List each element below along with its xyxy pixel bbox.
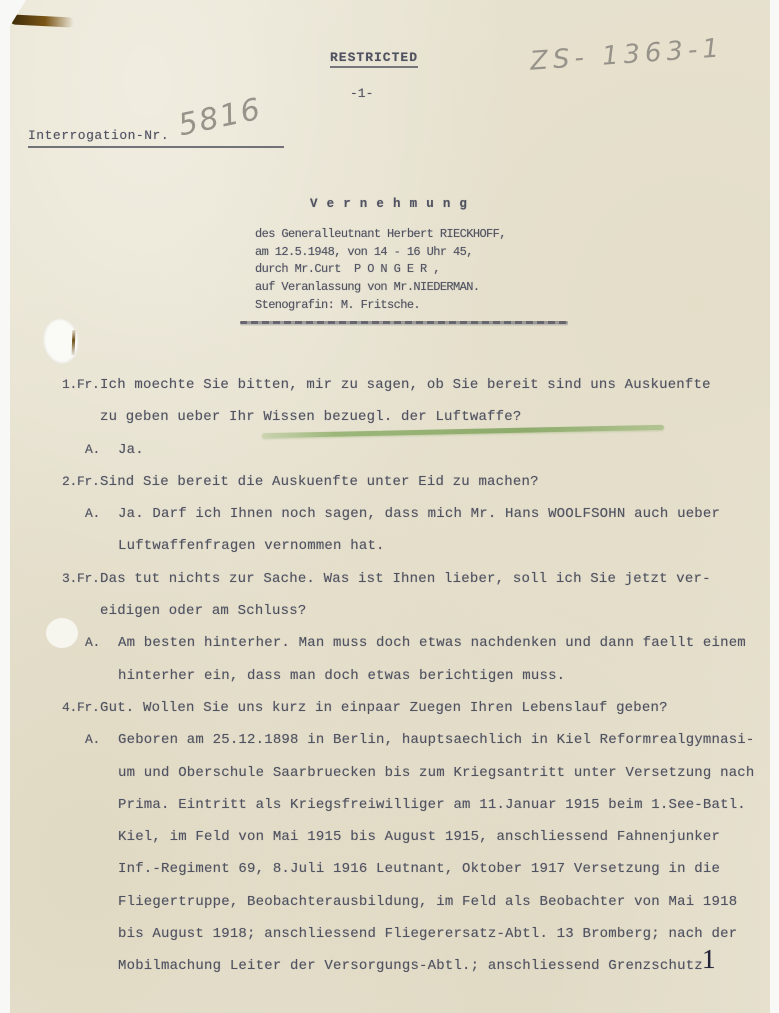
scanned-page: RESTRICTED -1- ZS- 1363-1 Interrogation-… — [0, 0, 779, 1013]
qa-label: A. — [85, 506, 118, 521]
qa-lines: 1.Fr.Ich moechte Sie bitten, mir zu sage… — [10, 377, 770, 991]
qa-line-continuation: eidigen oder am Schluss? — [10, 603, 770, 635]
interrogation-number-label: Interrogation-Nr. — [28, 128, 284, 148]
qa-label: A. — [85, 635, 118, 650]
qa-line-continuation: Kiel, im Feld von Mai 1915 bis August 19… — [10, 829, 770, 861]
session-line: durch Mr.Curt P O N G E R , — [255, 261, 506, 279]
qa-line-continuation: Fliegertruppe, Beobachterausbildung, im … — [10, 894, 770, 926]
qa-text: hinterher ein, dass man doch etwas beric… — [118, 668, 565, 684]
qa-label: A. — [85, 442, 118, 457]
qa-text: Ja. — [118, 442, 144, 458]
page-marker: -1- — [350, 86, 373, 101]
qa-text: Gut. Wollen Sie uns kurz in einpaar Zueg… — [100, 700, 668, 716]
qa-text: Kiel, im Feld von Mai 1915 bis August 19… — [118, 829, 720, 845]
qa-line: 1.Fr.Ich moechte Sie bitten, mir zu sage… — [10, 377, 770, 409]
staple-rust-mark — [10, 14, 74, 27]
qa-line: A.Am besten hinterher. Man muss doch etw… — [10, 635, 770, 667]
session-divider — [240, 321, 568, 324]
qa-line: 2.Fr.Sind Sie bereit die Auskuenfte unte… — [10, 474, 770, 506]
qa-text: um und Oberschule Saarbruecken bis zum K… — [118, 765, 755, 781]
qa-line-continuation: hinterher ein, dass man doch etwas beric… — [10, 668, 770, 700]
qa-line: 4.Fr.Gut. Wollen Sie uns kurz in einpaar… — [10, 700, 770, 732]
qa-line-continuation: Inf.-Regiment 69, 8.Juli 1916 Leutnant, … — [10, 861, 770, 893]
session-line: auf Veranlassung von Mr.NIEDERMAN. — [255, 279, 506, 297]
qa-text: Mobilmachung Leiter der Versorgungs-Abtl… — [118, 958, 703, 974]
session-line: Stenografin: M. Fritsche. — [255, 297, 506, 315]
session-title: V e r n e h m u n g — [310, 197, 468, 211]
punch-hole-top — [40, 316, 82, 367]
qa-label: 1.Fr. — [62, 377, 100, 392]
qa-line: A.Ja. Darf ich Ihnen noch sagen, dass mi… — [10, 506, 770, 538]
qa-text: eidigen oder am Schluss? — [100, 603, 306, 619]
qa-text: Inf.-Regiment 69, 8.Juli 1916 Leutnant, … — [118, 861, 720, 877]
qa-text: Geboren am 25.12.1898 in Berlin, hauptsa… — [118, 732, 755, 748]
session-line: des Generalleutnant Herbert RIECKHOFF, — [255, 226, 506, 244]
qa-line-continuation: bis August 1918; anschliessend Fliegerer… — [10, 926, 770, 958]
qa-text: zu geben ueber Ihr Wissen bezuegl. der L… — [100, 409, 521, 425]
qa-text: Das tut nichts zur Sache. Was ist Ihnen … — [100, 571, 711, 587]
session-lines: des Generalleutnant Herbert RIECKHOFF,am… — [255, 226, 506, 315]
qa-text: Fliegertruppe, Beobachterausbildung, im … — [118, 894, 737, 910]
qa-label: 2.Fr. — [62, 474, 100, 489]
paper: RESTRICTED -1- ZS- 1363-1 Interrogation-… — [10, 0, 770, 1013]
qa-text: Sind Sie bereit die Auskuenfte unter Eid… — [100, 474, 539, 490]
qa-text: Ja. Darf ich Ihnen noch sagen, dass mich… — [118, 506, 720, 522]
qa-label: A. — [85, 732, 118, 747]
qa-text: Ich moechte Sie bitten, mir zu sagen, ob… — [100, 377, 711, 393]
qa-line-continuation: Mobilmachung Leiter der Versorgungs-Abtl… — [10, 958, 770, 990]
session-line: am 12.5.1948, von 14 - 16 Uhr 45, — [255, 244, 506, 262]
qa-line: 3.Fr.Das tut nichts zur Sache. Was ist I… — [10, 571, 770, 603]
classification-stamp: RESTRICTED — [330, 50, 418, 68]
qa-label: 4.Fr. — [62, 700, 100, 715]
page-number-stamp: 1 — [702, 944, 716, 975]
qa-text: bis August 1918; anschliessend Fliegerer… — [118, 926, 737, 942]
qa-label: 3.Fr. — [62, 571, 100, 586]
archive-number-handwritten: ZS- 1363-1 — [529, 33, 725, 76]
qa-line: A.Geboren am 25.12.1898 in Berlin, haupt… — [10, 732, 770, 764]
qa-line-continuation: Luftwaffenfragen vernommen hat. — [10, 538, 770, 570]
qa-line-continuation: um und Oberschule Saarbruecken bis zum K… — [10, 765, 770, 797]
qa-line-continuation: Prima. Eintritt als Kriegsfreiwilliger a… — [10, 797, 770, 829]
qa-text: Luftwaffenfragen vernommen hat. — [118, 538, 385, 554]
qa-line: A.Ja. — [10, 442, 770, 474]
qa-text: Am besten hinterher. Man muss doch etwas… — [118, 635, 746, 651]
qa-text: Prima. Eintritt als Kriegsfreiwilliger a… — [118, 797, 746, 813]
